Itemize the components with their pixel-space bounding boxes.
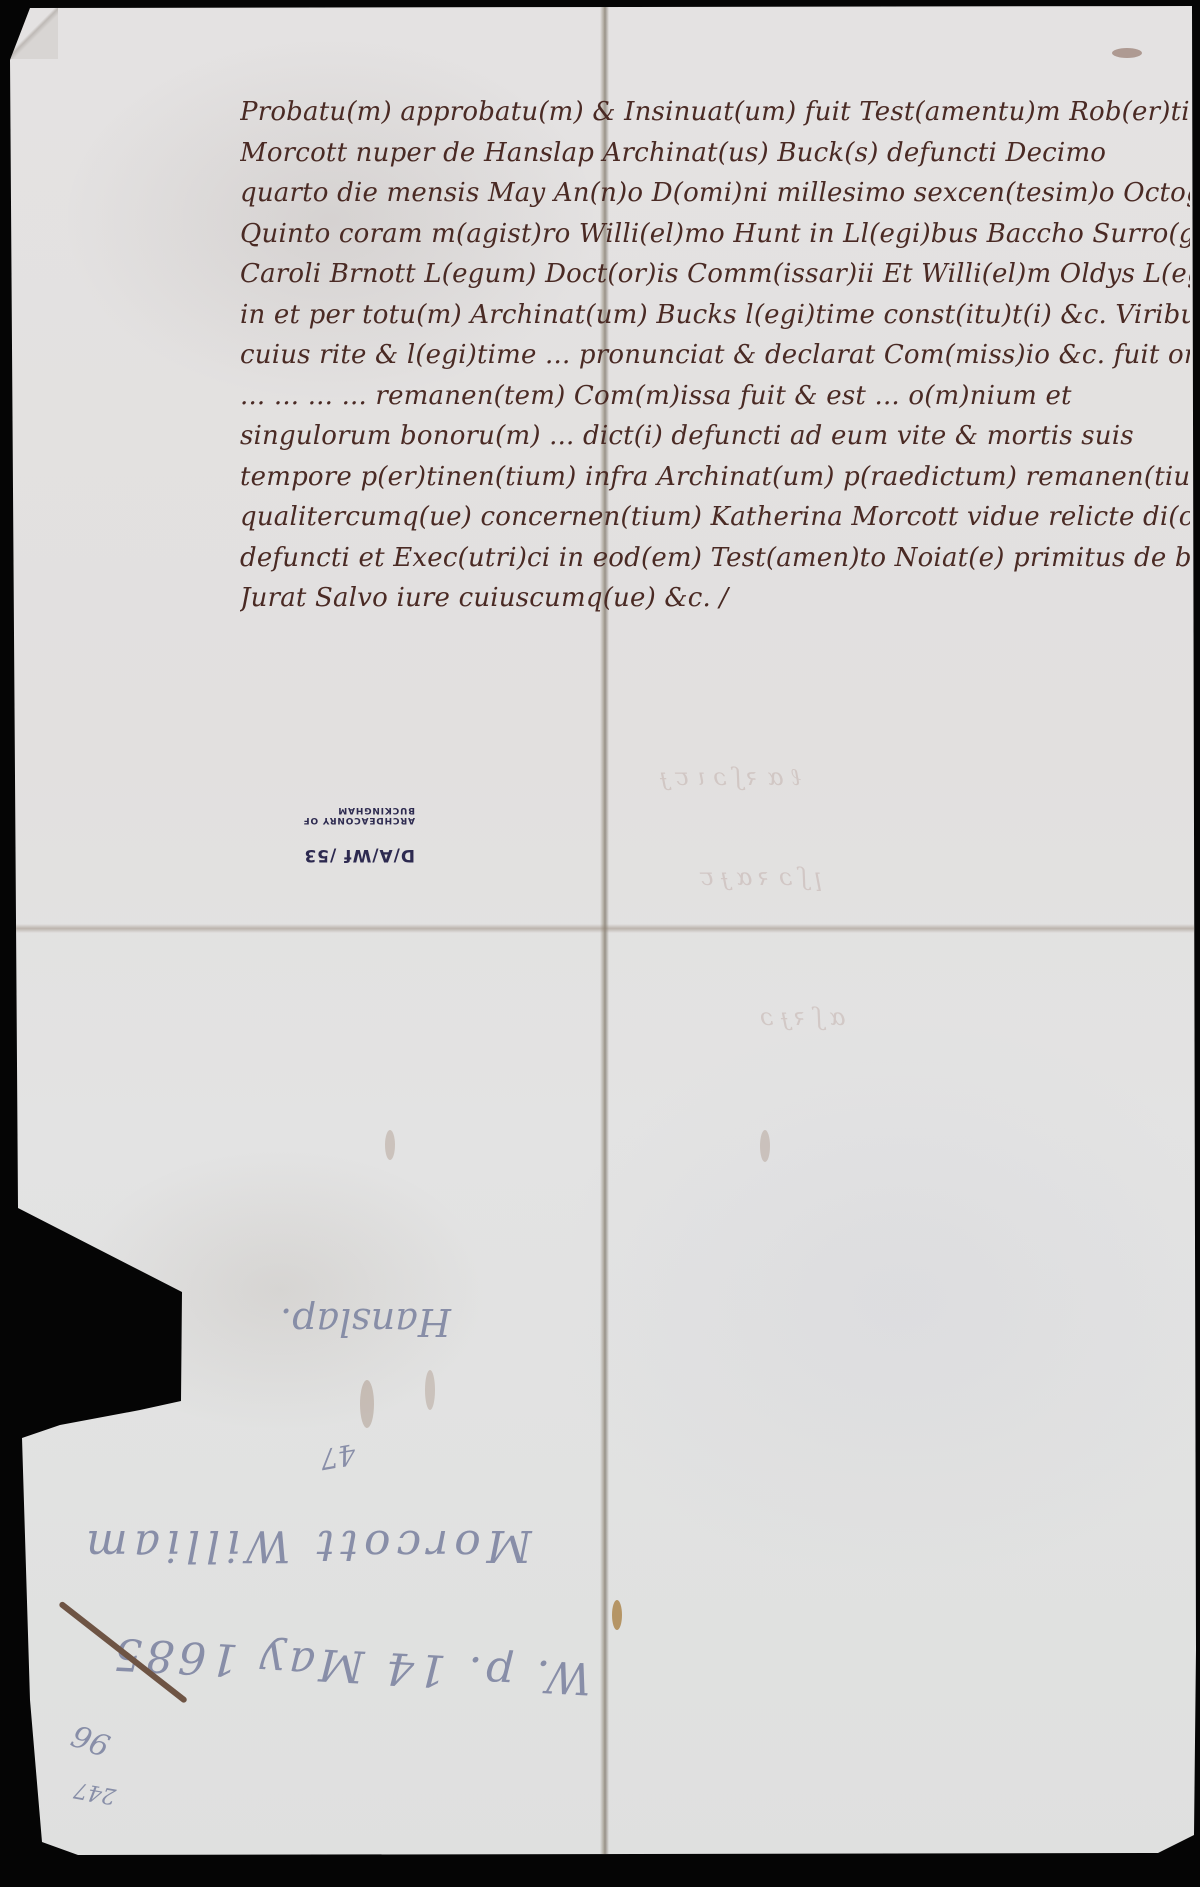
wax-remnant	[612, 1600, 622, 1630]
text-line: Probatu(m) approbatu(m) & Insinuat(um) f…	[240, 92, 1190, 133]
organization-line: ARCHDEACONRY OF	[303, 815, 415, 825]
archive-organization: ARCHDEACONRY OF BUCKINGHAM	[255, 805, 415, 825]
text-line: Jurat Salvo iure cuiuscumq(ue) &c. /	[240, 578, 1190, 619]
stain-mark	[385, 1130, 395, 1160]
text-line: ... ... ... ... remanen(tem) Com(m)issa …	[240, 376, 1190, 417]
endorsement-date: W. p. 14 May 1685	[109, 1627, 593, 1703]
probate-act-text: Probatu(m) approbatu(m) & Insinuat(um) f…	[240, 92, 1190, 619]
text-line: Caroli Brnott L(egum) Doct(or)is Comm(is…	[240, 254, 1190, 295]
archive-stamp: D/A/Wf /53 ARCHDEACONRY OF BUCKINGHAM	[255, 785, 415, 865]
stain-mark	[425, 1370, 435, 1410]
text-line: singulorum bonoru(m) ... dict(i) defunct…	[240, 416, 1190, 457]
endorsement-folio-mark: 47	[317, 1437, 358, 1476]
endorsement-number: 96	[67, 1717, 115, 1763]
archive-reference: D/A/Wf /53	[255, 845, 415, 865]
bleed-through-text: ꞁ ʃ ɔ ꝛ ɑ ɟ ꞇ	[700, 860, 822, 893]
stain-mark	[360, 1380, 374, 1428]
bleed-through-text: ℓ ɑ ꝛ ʃ ɔ ɩ ꞇ ɟ	[660, 760, 801, 793]
endorsement-place: Hanslap.	[280, 1300, 451, 1344]
document-sheet: ℓ ɑ ꝛ ʃ ɔ ɩ ꞇ ɟ ꞁ ʃ ɔ ꝛ ɑ ɟ ꞇ ɑ ʃ ꝛ ɟ ɔ …	[0, 0, 1200, 1887]
bleed-through-text: ɑ ʃ ꝛ ɟ ɔ	[760, 1000, 846, 1033]
endorsement-number: 247	[72, 1777, 118, 1809]
scan-background: ℓ ɑ ꝛ ʃ ɔ ɩ ꞇ ɟ ꞁ ʃ ɔ ꝛ ɑ ɟ ꞇ ɑ ʃ ꝛ ɟ ɔ …	[0, 0, 1200, 1887]
text-line: defuncti et Exec(utri)ci in eod(em) Test…	[240, 538, 1190, 579]
text-line: quarto die mensis May An(n)o D(omi)ni mi…	[240, 173, 1190, 214]
ink-stain	[1112, 48, 1142, 58]
stain-mark	[760, 1130, 770, 1162]
folded-corner	[8, 4, 58, 59]
text-line: cuius rite & l(egi)time ... pronunciat &…	[240, 335, 1190, 376]
text-line: in et per totu(m) Archinat(um) Bucks l(e…	[240, 295, 1190, 336]
endorsement-name: Morcott William	[80, 1520, 532, 1571]
horizontal-fold-line	[0, 924, 1200, 933]
text-line: Quinto coram m(agist)ro Willi(el)mo Hunt…	[240, 214, 1190, 255]
text-line: Morcott nuper de Hanslap Archinat(us) Bu…	[240, 133, 1190, 174]
text-line: tempore p(er)tinen(tium) infra Archinat(…	[240, 457, 1190, 498]
organization-line: BUCKINGHAM	[338, 805, 415, 815]
text-line: qualitercumq(ue) concernen(tium) Katheri…	[240, 497, 1190, 538]
